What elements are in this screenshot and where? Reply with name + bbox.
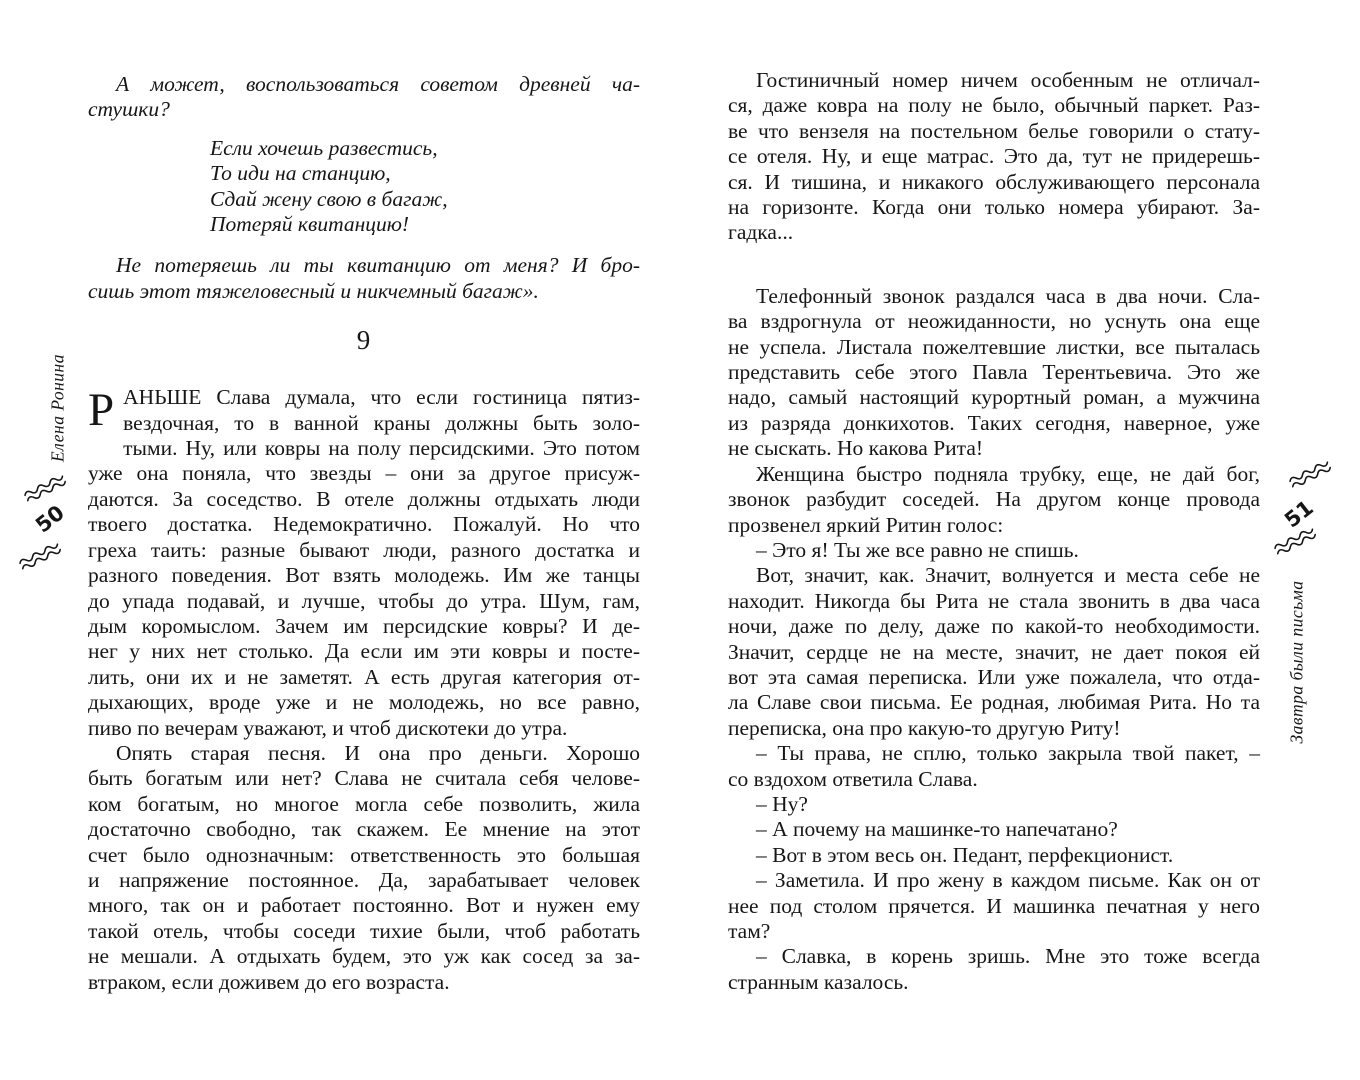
text-line: А может, воспользоваться советом древней… [88,72,640,97]
text-line: Потеряй квитанцию! [210,212,640,237]
paragraph: Женщина быстро подняла трубку, еще, не д… [728,462,1260,538]
text-line: – А почему на машинке-то напечатано? [728,817,1260,842]
paragraph: Телефонный звонок раздался часа в два но… [728,284,1260,462]
chapter-heading: 9 [88,325,640,355]
paragraph: – Ну? [728,792,1260,817]
text-line: сишь этот тяжеловесный и никчемный багаж… [88,279,640,304]
text-line: ком богатым, но многое могла себе позвол… [88,792,640,817]
text-line: находит. Никогда бы Рита не стала звонит… [728,589,1260,614]
text-line: втраком, если доживем до его возраста. [88,970,640,995]
text-line: из разряда донкихотов. Таких сегодня, на… [728,411,1260,436]
text-line: такой отель, чтобы соседи тихие были, чт… [88,919,640,944]
opening-paragraph-lines: АНЬШЕ Слава думала, что если гостиница п… [88,385,640,741]
drop-cap: Р [88,385,123,436]
author-running-header: Елена Ронина [48,354,69,462]
text-line: разного поведения. Вот взять молодежь. И… [88,563,640,588]
text-line: се отеля. Ну, и еще матрас. Это да, тут … [728,144,1260,169]
text-line: звонок разбудит соседей. На другом конце… [728,487,1260,512]
chapter-opening-paragraph: Р АНЬШЕ Слава думала, что если гостиница… [88,385,640,741]
text-line: То иди на станцию, [210,161,640,186]
left-page-number: 50 [31,501,69,538]
text-line: дым коромыслом. Зачем им персидские ковр… [88,614,640,639]
text-line: ся. И тишина, и никакого обслуживающего … [728,170,1260,195]
text-line: много, так он и работает постоянно. Вот … [88,893,640,918]
paragraph: – Ты права, не сплю, только закрыла твой… [728,741,1260,792]
text-line: уже она поняла, что звезды – они за друг… [88,461,640,486]
text-line: греха таить: разные бывают люди, разного… [88,538,640,563]
text-line: не мешали. А отдыхать будем, это уж как … [88,944,640,969]
text-line: до упада подавай, и лучше, чтобы до утра… [88,589,640,614]
text-line: твоего достатка. Недемократично. Пожалуй… [88,512,640,537]
wave-ornament-icon [22,470,70,505]
text-line: – Ты права, не сплю, только закрыла твой… [728,741,1260,766]
text-line: ва вздрогнула от неожиданности, но уснут… [728,309,1260,334]
right-page: Гостиничный номер ничем особенным не отл… [728,68,1260,995]
text-line: Если хочешь развестись, [210,136,640,161]
text-line: не успела. Листала пожелтевшие листки, в… [728,335,1260,360]
text-line: ла Славе свои письма. Ее родная, любимая… [728,690,1260,715]
text-line: дыхающих, вроде уже и не молодежь, но вс… [88,690,640,715]
paragraph: Гостиничный номер ничем особенным не отл… [728,68,1260,246]
text-line: стушки? [88,97,640,122]
paragraph: – Славка, в корень зришь. Мне это тоже в… [728,944,1260,995]
paragraph: – Это я! Ты же все равно не спишь. [728,538,1260,563]
paragraph: – Заметила. И про жену в каждом письме. … [728,868,1260,944]
epigraph-paragraph: А может, воспользоваться советом древней… [88,72,640,123]
text-line: даются. За соседство. В отеле должны отд… [88,487,640,512]
text-line: Телефонный звонок раздался часа в два но… [728,284,1260,309]
text-line: Значит, сердце не на месте, значит, не д… [728,640,1260,665]
text-line: Опять старая песня. И она про деньги. Хо… [88,741,640,766]
text-line: – Ну? [728,792,1260,817]
text-line: Гостиничный номер ничем особенным не отл… [728,68,1260,93]
text-line: – Заметила. И про жену в каждом письме. … [728,868,1260,893]
text-line: вот эта самая переписка. Или уже пожалел… [728,665,1260,690]
left-page: А может, воспользоваться советом древней… [88,72,640,995]
text-line: АНЬШЕ Слава думала, что если гостиница п… [88,385,640,410]
text-line: достаточно свободно, так скажем. Ее мнен… [88,817,640,842]
text-line: не сыскать. Но какова Рита! [728,436,1260,461]
book-title-running-header: Завтра были письма [1287,580,1308,743]
text-line: Женщина быстро подняла трубку, еще, не д… [728,462,1260,487]
text-line: надо, самый настоящий курортный роман, а… [728,385,1260,410]
wave-ornament-icon [17,538,65,573]
text-line: там? [728,919,1260,944]
paragraph: – Вот в этом весь он. Педант, перфекцион… [728,843,1260,868]
wave-ornament-icon [1287,456,1335,491]
text-line: переписка, она про какую-то другую Риту! [728,716,1260,741]
text-line: лить, они их и не заметят. А есть другая… [88,665,640,690]
text-line: вездочная, то в ванной краны должны быть… [88,411,640,436]
text-line: на горизонте. Когда они только номера уб… [728,195,1260,220]
text-line: – Это я! Ты же все равно не спишь. [728,538,1260,563]
text-line: Вот, значит, как. Значит, волнуется и ме… [728,563,1260,588]
text-line: нее под столом прячется. И машинка печат… [728,894,1260,919]
text-line: – Славка, в корень зришь. Мне это тоже в… [728,944,1260,969]
book-spread: Елена Ронина 50 А может, воспользоваться… [0,0,1360,1080]
body-paragraph: Опять старая песня. И она про деньги. Хо… [88,741,640,995]
text-line: тыми. Ну, или ковры на полу персидскими.… [88,436,640,461]
text-line: быть богатым или нет? Слава не считала с… [88,766,640,791]
text-line: представить себе этого Павла Терентьевич… [728,360,1260,385]
text-line: – Вот в этом весь он. Педант, перфекцион… [728,843,1260,868]
verse-block: Если хочешь развестись,То иди на станцию… [210,136,640,238]
text-line: со вздохом ответила Слава. [728,767,1260,792]
text-line: пиво по вечерам уважают, и чтоб дискотек… [88,716,640,741]
paragraph: – А почему на машинке-то напечатано? [728,817,1260,842]
text-line: ночи, даже по делу, даже по какой-то нео… [728,614,1260,639]
text-line: Не потеряешь ли ты квитанцию от меня? И … [88,253,640,278]
text-line: прозвенел яркий Ритин голос: [728,513,1260,538]
paragraph: Вот, значит, как. Значит, волнуется и ме… [728,563,1260,741]
text-line: нег у них нет столько. Да если им эти ко… [88,639,640,664]
text-line: ся, даже ковра на полу не было, обычный … [728,93,1260,118]
text-line: счет было однозначным: ответственность э… [88,843,640,868]
text-line: Сдай жену свою в багаж, [210,187,640,212]
text-line: ве что вензеля на постельном белье говор… [728,119,1260,144]
text-line: гадка... [728,220,1260,245]
text-line: странным казалось. [728,970,1260,995]
epigraph-closing-paragraph: Не потеряешь ли ты квитанцию от меня? И … [88,253,640,304]
text-line: и напряжение постоянное. Да, зарабатывае… [88,868,640,893]
